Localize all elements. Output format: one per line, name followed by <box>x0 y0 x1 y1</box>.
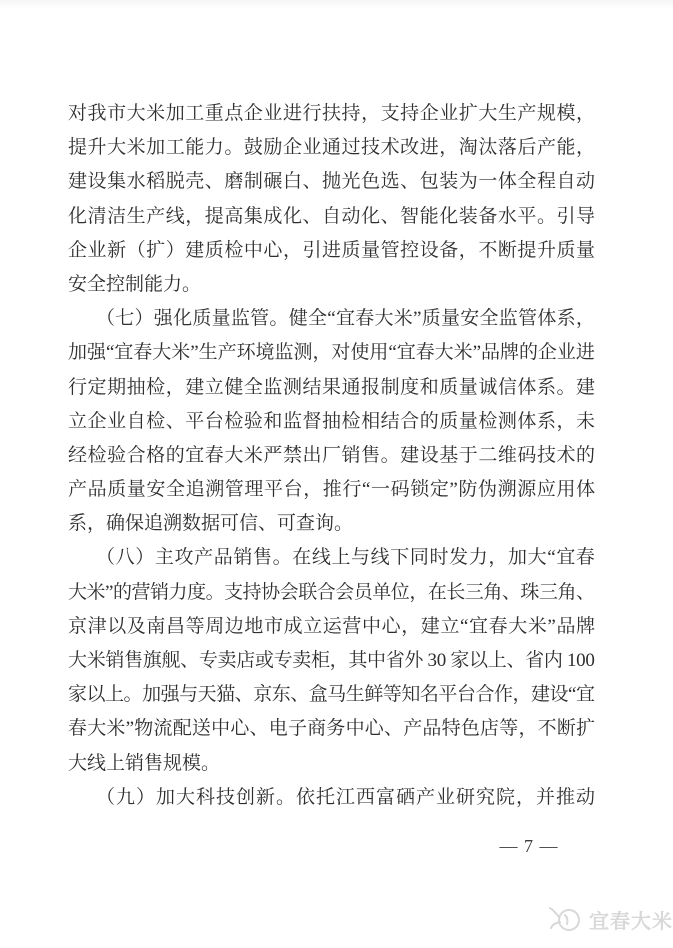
text-line: 立企业自检、平台检验和监督抽检相结合的质量检测体系，未 <box>68 405 595 439</box>
scan-shadow <box>0 0 673 10</box>
text-line: 企业新（扩）建质检中心，引进质量管控设备，不断提升质量 <box>68 234 595 268</box>
text-line: 大线上销售规模。 <box>68 747 595 781</box>
text-line: 大米销售旗舰、专卖店或专卖柜，其中省外 30 家以上、省内 100 <box>68 644 595 678</box>
text-line: 建设集水稻脱壳、磨制碾白、抛光色选、包装为一体全程自动 <box>68 165 595 199</box>
text-line: （七）强化质量监管。健全“宜春大米”质量安全监管体系， <box>68 302 595 336</box>
text-line: （八）主攻产品销售。在线上与线下同时发力，加大“宜春 <box>68 541 595 575</box>
text-line: 提升大米加工能力。鼓励企业通过技术改进，淘汰落后产能， <box>68 131 595 165</box>
text-line: 系，确保追溯数据可信、可查询。 <box>68 507 595 541</box>
document-page: 对我市大米加工重点企业进行扶持，支持企业扩大生产规模，提升大米加工能力。鼓励企业… <box>0 0 673 948</box>
text-line: 产品质量安全追溯管理平台，推行“一码锁定”防伪溯源应用体 <box>68 473 595 507</box>
text-line: 行定期抽检，建立健全监测结果通报制度和质量诚信体系。建 <box>68 371 595 405</box>
text-line: 加强“宜春大米”生产环境监测，对使用“宜春大米”品牌的企业进 <box>68 336 595 370</box>
text-line: 对我市大米加工重点企业进行扶持，支持企业扩大生产规模， <box>68 97 595 131</box>
brand-watermark-text: 宜春大米 <box>589 905 673 934</box>
text-line: 经检验合格的宜春大米严禁出厂销售。建设基于二维码技术的 <box>68 439 595 473</box>
brand-watermark: 宜春大米 <box>549 903 673 935</box>
text-line: 安全控制能力。 <box>68 268 595 302</box>
text-line: 化清洁生产线，提高集成化、自动化、智能化装备水平。引导 <box>68 200 595 234</box>
text-line: 京津以及南昌等周边地市成立运营中心，建立“宜春大米”品牌 <box>68 610 595 644</box>
text-line: 春大米”物流配送中心、电子商务中心、产品特色店等，不断扩 <box>68 712 595 746</box>
page-number: — 7 — <box>487 836 571 857</box>
document-body: 对我市大米加工重点企业进行扶持，支持企业扩大生产规模，提升大米加工能力。鼓励企业… <box>68 97 595 815</box>
rice-sprout-logo-icon <box>549 903 583 935</box>
text-line: （九）加大科技创新。依托江西富硒产业研究院，并推动 <box>68 781 595 815</box>
text-line: 家以上。加强与天猫、京东、盒马生鲜等知名平台合作，建设“宜 <box>68 678 595 712</box>
text-line: 大米”的营销力度。支持协会联合会员单位，在长三角、珠三角、 <box>68 576 595 610</box>
